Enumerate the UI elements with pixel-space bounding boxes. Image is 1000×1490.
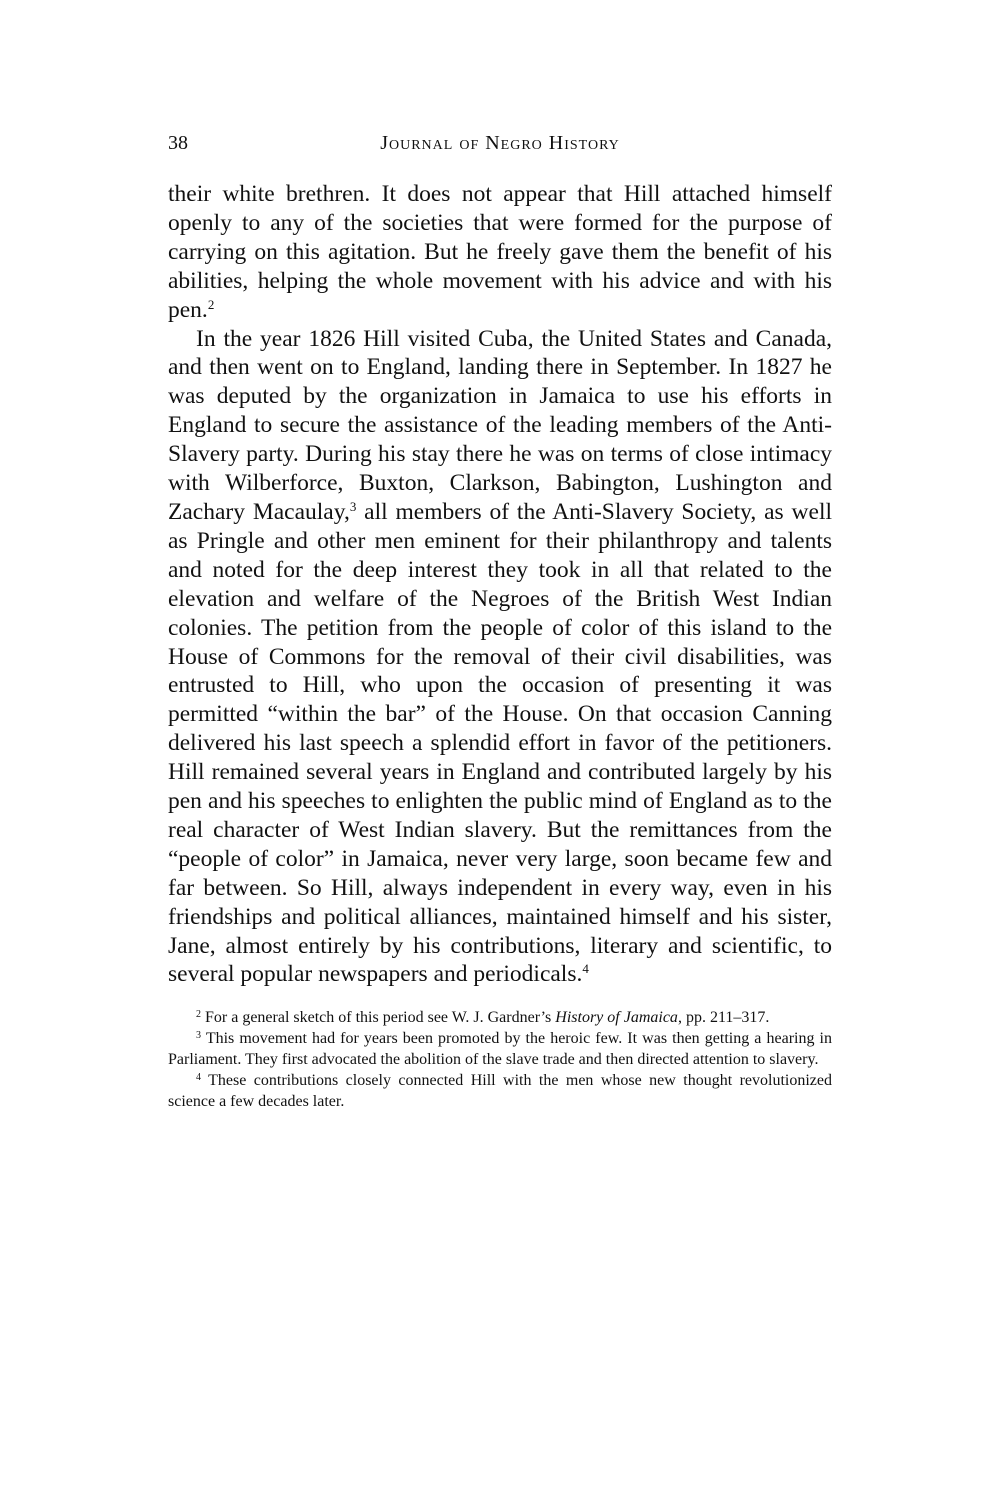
paragraph-2: In the year 1826 Hill visited Cuba, the … xyxy=(168,325,832,990)
footnote-text: For a general sketch of this period see … xyxy=(205,1009,555,1026)
body-text: their white brethren. It does not appear… xyxy=(168,180,832,989)
footnote-2: 2 For a general sketch of this period se… xyxy=(168,1007,832,1028)
footnote-text: These contributions closely connected Hi… xyxy=(168,1072,832,1110)
footnote-ref: 4 xyxy=(582,961,589,976)
paragraph-text: their white brethren. It does not appear… xyxy=(168,181,832,323)
footnote-marker: 4 xyxy=(196,1072,201,1083)
footnote-text: , pp. 211–317. xyxy=(678,1009,769,1026)
paragraph-1: their white brethren. It does not appear… xyxy=(168,180,832,325)
footnote-3: 3 This movement had for years been promo… xyxy=(168,1028,832,1070)
footnote-marker: 2 xyxy=(196,1009,201,1020)
footnote-ref: 2 xyxy=(208,297,215,312)
footnote-4: 4 These contributions closely connected … xyxy=(168,1070,832,1112)
footnote-book-title: History of Jamaica xyxy=(555,1009,678,1026)
footnote-marker: 3 xyxy=(196,1030,201,1041)
footnotes: 2 For a general sketch of this period se… xyxy=(168,1007,832,1112)
paragraph-text: In the year 1826 Hill visited Cuba, the … xyxy=(168,326,832,525)
running-head: 38 Journal of Negro History xyxy=(168,128,832,158)
paragraph-text: all members of the Anti-Slavery Society,… xyxy=(168,499,832,988)
footnote-text: This movement had for years been promote… xyxy=(168,1030,832,1068)
journal-title: Journal of Negro History xyxy=(168,132,832,155)
document-page: 38 Journal of Negro History their white … xyxy=(168,128,832,1112)
